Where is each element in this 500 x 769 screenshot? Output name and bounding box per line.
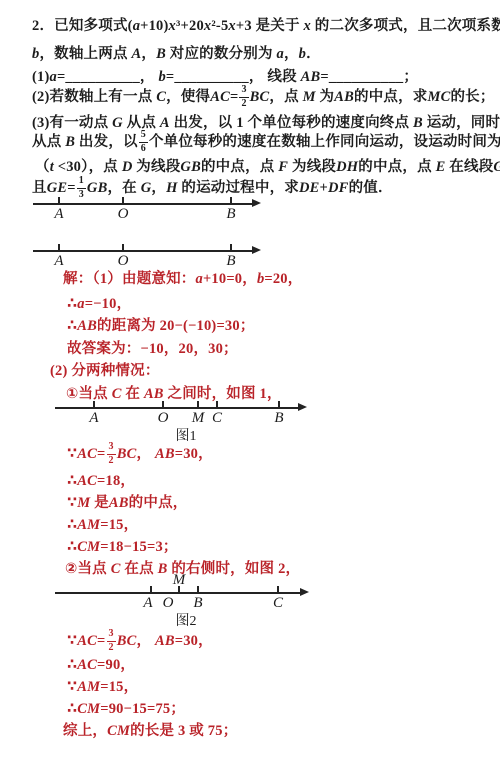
solution-step-10: ∴AM=15， xyxy=(67,515,138,535)
point-label-b: B xyxy=(193,595,202,611)
axis-line xyxy=(33,250,256,252)
problem-text: 个单位每秒的速度在数轴上作同向运动，设运动时间为 t 秒 xyxy=(149,132,500,152)
problem-line-1: 2．已知多项式(a+10)x³+20x²-5x+3 是关于 x 的二次多项式，且… xyxy=(32,16,500,36)
worksheet-page: 2．已知多项式(a+10)x³+20x²-5x+3 是关于 x 的二次多项式，且… xyxy=(0,0,500,769)
fraction-three-halves: 32 xyxy=(239,85,248,109)
axis-arrow-icon xyxy=(298,403,307,411)
solution-step-1: 解：（1）由题意知：a+10=0，b=20， xyxy=(63,269,302,289)
point-label-a: A xyxy=(54,253,63,269)
problem-text: (1)a=__________， b=__________， 线段 AB=___… xyxy=(32,69,418,85)
tick-m xyxy=(197,401,199,408)
fraction-five-sixths: 56 xyxy=(139,130,148,154)
tick-b xyxy=(278,401,280,408)
figure-2-caption: 图2 xyxy=(156,610,216,630)
solution-step-16: ∴CM=90−15=75； xyxy=(67,699,185,719)
fraction-three-halves: 32 xyxy=(107,442,116,466)
point-label-c: C xyxy=(273,595,283,611)
problem-text: 从点 B 出发，以 xyxy=(32,132,138,152)
solution-conclusion: 综上，CM的长是 3 或 75； xyxy=(63,721,237,741)
solution-step-2: ∴a=−10， xyxy=(67,294,131,314)
solution-step-3: ∴AB的距离为 20−(−10)=30； xyxy=(67,316,255,336)
problem-line-2: b，数轴上两点 A，B 对应的数分别为 a，b． xyxy=(32,44,321,64)
problem-text: BC，点 M 为AB的中点，求MC的长； xyxy=(250,87,495,107)
point-label-o: O xyxy=(158,410,169,426)
solution-step-7: ∵AC=32BC， AB=30， xyxy=(67,442,213,466)
tick-b xyxy=(230,244,232,251)
point-label-m: M xyxy=(192,410,205,426)
problem-text: (2)若数轴上有一点 C，使得AC= xyxy=(32,87,238,107)
solution-step-13: ∵AC=32BC， AB=30， xyxy=(67,629,213,653)
tick-o xyxy=(122,244,124,251)
solution-step-4: 故答案为：−10，20，30； xyxy=(67,339,238,359)
tick-m xyxy=(178,586,180,593)
tick-b xyxy=(197,586,199,593)
point-label-a: A xyxy=(89,410,98,426)
tick-c xyxy=(277,586,279,593)
point-label-b: B xyxy=(226,206,235,222)
solution-step-9: ∵M 是AB的中点， xyxy=(67,493,187,513)
problem-line-3-blanks: (1)a=__________， b=__________， 线段 AB=___… xyxy=(32,67,418,87)
tick-a xyxy=(58,244,60,251)
axis-arrow-icon xyxy=(252,199,261,207)
solution-step-11: ∴CM=18−15=3； xyxy=(67,537,178,557)
point-label-o: O xyxy=(118,206,129,222)
problem-text: （t <30），点 D 为线段GB的中点，点 F 为线段DH的中点，点 E 在线… xyxy=(35,159,500,175)
solution-step-8: ∴AC=18， xyxy=(67,471,135,491)
solution-step-15: ∵AM=15， xyxy=(67,677,138,697)
numberline-ab-1: A O B xyxy=(33,195,261,229)
tick-a xyxy=(150,586,152,593)
tick-c xyxy=(216,401,218,408)
problem-text: (3)有一动点 G 从点 A 出发，以 1 个单位每秒的速度向终点 B 运动，同… xyxy=(32,115,500,131)
tick-a xyxy=(58,197,60,204)
axis-arrow-icon xyxy=(300,588,309,596)
tick-o xyxy=(122,197,124,204)
tick-o xyxy=(162,401,164,408)
solution-step-14: ∴AC=90， xyxy=(67,655,135,675)
point-label-o: O xyxy=(118,253,129,269)
problem-text: 2．已知多项式(a+10)x³+20x²-5x+3 是关于 x 的二次多项式，且… xyxy=(32,18,500,34)
problem-text: b，数轴上两点 A，B 对应的数分别为 a，b． xyxy=(32,46,321,62)
problem-line-6: 从点 B 出发，以56个单位每秒的速度在数轴上作同向运动，设运动时间为 t 秒 xyxy=(32,130,500,154)
tick-b xyxy=(230,197,232,204)
point-label-b: B xyxy=(226,253,235,269)
axis-line xyxy=(33,203,256,205)
problem-line-4: (2)若数轴上有一点 C，使得AC=32BC，点 M 为AB的中点，求MC的长； xyxy=(32,85,495,109)
problem-line-7: （t <30），点 D 为线段GB的中点，点 F 为线段DH的中点，点 E 在线… xyxy=(35,157,500,177)
point-label-a: A xyxy=(143,595,152,611)
fraction-three-halves: 32 xyxy=(107,629,116,653)
axis-arrow-icon xyxy=(252,246,261,254)
point-label-a: A xyxy=(54,206,63,222)
point-label-o: O xyxy=(163,595,174,611)
solution-case-header: (2) 分两种情况： xyxy=(50,361,160,381)
point-label-b: B xyxy=(274,410,283,426)
tick-a xyxy=(93,401,95,408)
point-label-c: C xyxy=(212,410,222,426)
